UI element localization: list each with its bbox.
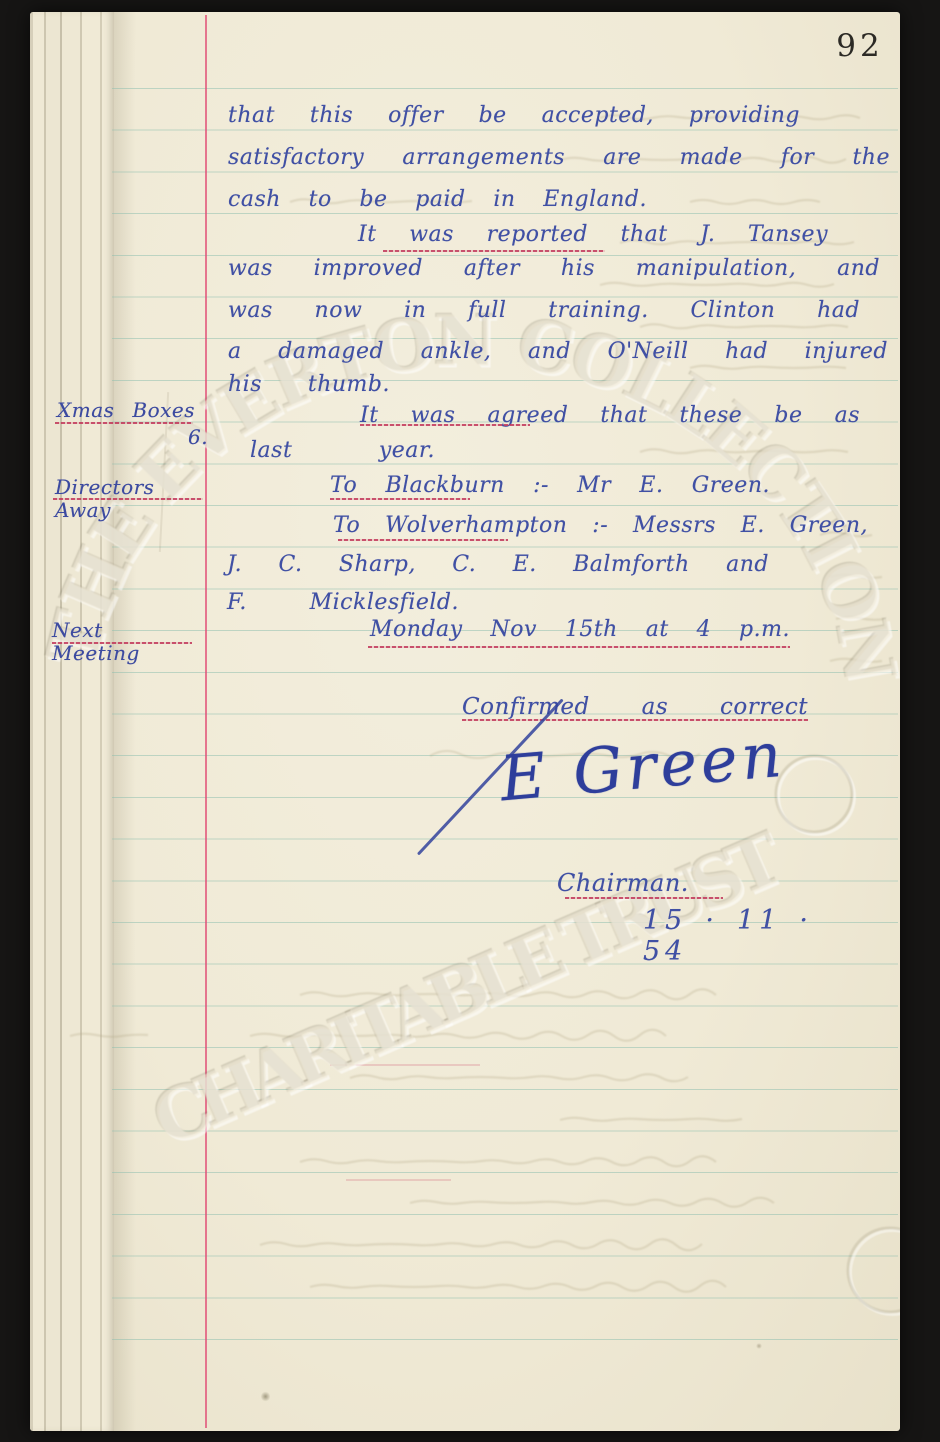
red-underline [360,424,530,426]
book-page-edges [30,12,114,1431]
red-underline [52,642,192,644]
minute-book-page: THE EVERTON COLLECTION THE EVERTON COLLE… [30,12,900,1431]
red-underline [368,646,790,648]
minutes-line: satisfactory arrangements are made for t… [228,145,890,170]
margin-note-xmas-count: 6. [188,426,208,449]
red-margin-line [205,15,207,1428]
red-underline [565,897,723,899]
signatory-role: Chairman. [557,870,723,898]
minutes-line: Monday Nov 15th at 4 p.m. [370,617,790,642]
page-number: 92 [825,28,895,64]
minutes-line: To Blackburn :- Mr E. Green. [330,473,770,498]
red-underline [55,422,193,424]
red-underline [383,250,605,252]
minutes-line: J. C. Sharp, C. E. Balmforth and [227,552,769,577]
minutes-line: a damaged ankle, and O'Neill had injured [228,339,888,364]
minutes-line: was improved after his manipulation, and [228,256,880,281]
minutes-line: was now in full training. Clinton had [228,298,860,323]
minutes-line: that this offer be accepted, providing [228,103,800,128]
red-underline [53,498,203,500]
red-underline [338,539,508,541]
minutes-line: To Wolverhampton :- Messrs E. Green, [333,513,868,538]
foxing-spot [261,1391,270,1402]
minutes-line: his thumb. [228,372,390,397]
confirmation-date: 15 · 11 · 54 [643,905,813,967]
confirmation-line: Confirmed as correct [462,694,808,720]
margin-note-xmas-boxes: Xmas Boxes [57,399,195,422]
minutes-line: F. Micklesfield. [227,590,459,615]
minutes-line: It was reported that J. Tansey [358,222,828,247]
red-underline [330,498,470,500]
foxing-spot [756,1343,762,1349]
scanned-document: THE EVERTON COLLECTION THE EVERTON COLLE… [0,0,940,1442]
minutes-line: cash to be paid in England. [228,187,647,212]
minutes-line: last year. [250,438,435,463]
